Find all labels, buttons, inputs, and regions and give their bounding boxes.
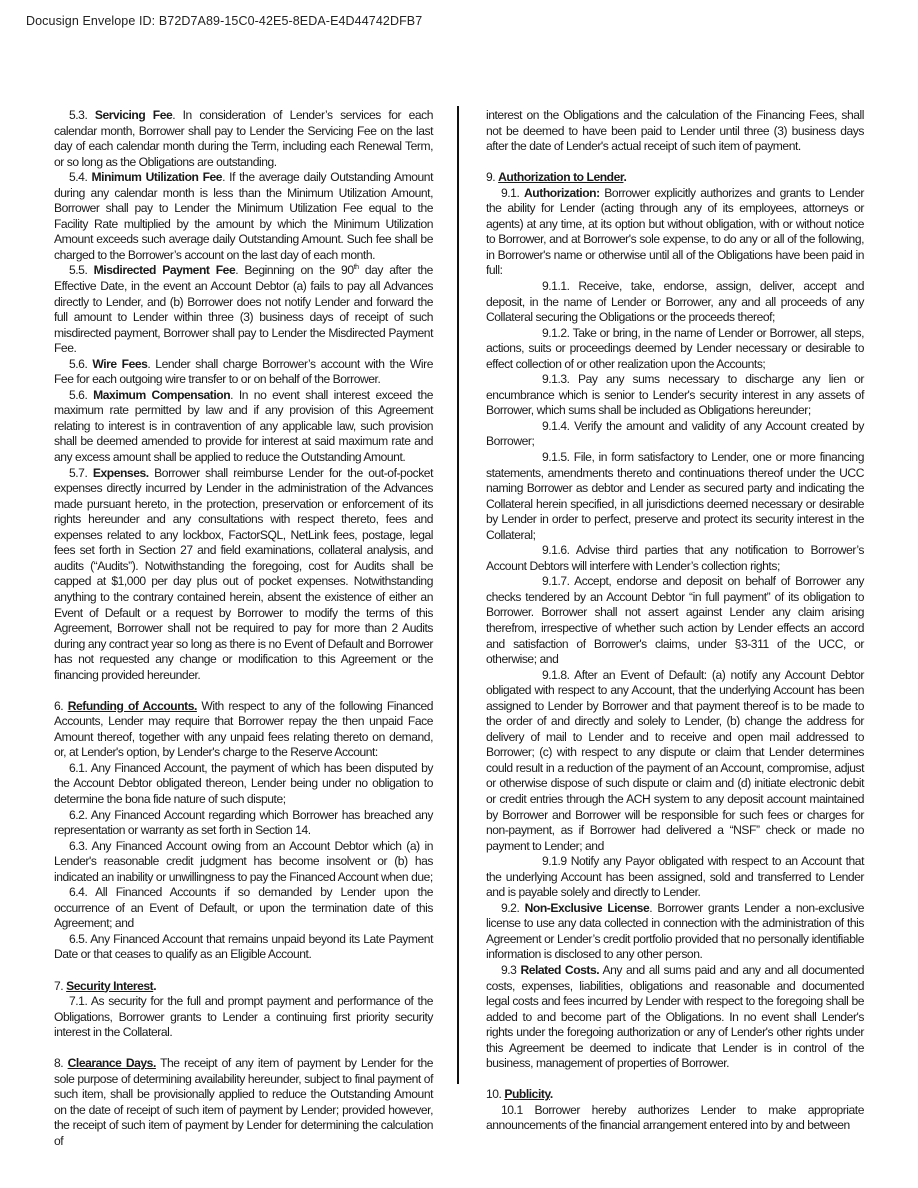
section-number: 5.6. xyxy=(69,388,93,402)
section-number: 8. xyxy=(54,1056,68,1070)
section-5-6-wire-fees: 5.6. Wire Fees. Lender shall charge Borr… xyxy=(54,357,433,388)
section-text: Borrower shall reimburse Lender for the … xyxy=(54,466,433,682)
section-title-period: . xyxy=(550,1087,553,1101)
section-number: 9.2. xyxy=(501,901,525,915)
section-number: 9.1. xyxy=(501,186,524,200)
section-9-2: 9.2. Non-Exclusive License. Borrower gra… xyxy=(486,901,864,963)
section-9-1-7: 9.1.7. Accept, endorse and deposit on be… xyxy=(486,574,864,667)
section-number: 7. xyxy=(54,979,66,993)
section-7-heading: 7. Security Interest. xyxy=(54,979,433,995)
section-6-2: 6.2. Any Financed Account regarding whic… xyxy=(54,808,433,839)
section-number: 5.6. xyxy=(69,357,92,371)
column-divider xyxy=(457,106,459,1084)
section-9-3: 9.3 Related Costs. Any and all sums paid… xyxy=(486,963,864,1072)
section-10-heading: 10. Publicity. xyxy=(486,1087,864,1103)
section-9-1-8: 9.1.8. After an Event of Default: (a) no… xyxy=(486,668,864,855)
section-text: Any and all sums paid and any and all do… xyxy=(486,963,864,1070)
section-6-4: 6.4. All Financed Accounts if so demande… xyxy=(54,885,433,932)
section-8: 8. Clearance Days. The receipt of any it… xyxy=(54,1056,433,1149)
section-title: Minimum Utilization Fee xyxy=(92,170,223,184)
section-number: 6. xyxy=(54,699,68,713)
section-8-continued: interest on the Obligations and the calc… xyxy=(486,108,864,155)
spacer xyxy=(486,1072,864,1088)
spacer xyxy=(54,1041,433,1057)
section-7-1: 7.1. As security for the full and prompt… xyxy=(54,994,433,1041)
section-number: 5.7. xyxy=(69,466,93,480)
section-9-1-4: 9.1.4. Verify the amount and validity of… xyxy=(486,419,864,450)
section-title: Authorization to Lender xyxy=(498,170,623,184)
section-9-1-2: 9.1.2. Take or bring, in the name of Len… xyxy=(486,326,864,373)
section-9-1: 9.1. Authorization: Borrower explicitly … xyxy=(486,186,864,279)
section-5-4: 5.4. Minimum Utilization Fee. If the ave… xyxy=(54,170,433,263)
section-title: Related Costs. xyxy=(520,963,599,977)
section-title: Servicing Fee xyxy=(95,108,172,122)
section-title: Clearance Days. xyxy=(68,1056,156,1070)
envelope-id: Docusign Envelope ID: B72D7A89-15C0-42E5… xyxy=(26,14,422,28)
section-number: 9.3 xyxy=(501,963,520,977)
section-number: 5.3. xyxy=(69,108,95,122)
section-title: Wire Fees xyxy=(92,357,147,371)
section-title: Authorization: xyxy=(524,186,600,200)
section-number: 9. xyxy=(486,170,498,184)
section-title: Security Interest xyxy=(66,979,153,993)
section-title-period: . xyxy=(153,979,156,993)
right-column: interest on the Obligations and the calc… xyxy=(486,108,864,1134)
section-9-1-3: 9.1.3. Pay any sums necessary to dischar… xyxy=(486,372,864,419)
section-10-1: 10.1 Borrower hereby authorizes Lender t… xyxy=(486,1103,864,1134)
section-5-5: 5.5. Misdirected Payment Fee. Beginning … xyxy=(54,263,433,356)
spacer xyxy=(54,683,433,699)
section-title: Expenses. xyxy=(93,466,149,480)
section-number: 5.5. xyxy=(69,263,94,277)
section-5-3: 5.3. Servicing Fee. In consideration of … xyxy=(54,108,433,170)
section-title: Non-Exclusive License xyxy=(525,901,650,915)
section-number: 5.4. xyxy=(69,170,92,184)
section-9-1-1: 9.1.1. Receive, take, endorse, assign, d… xyxy=(486,279,864,326)
section-5-6-max-compensation: 5.6. Maximum Compensation. In no event s… xyxy=(54,388,433,466)
section-9-1-5: 9.1.5. File, in form satisfactory to Len… xyxy=(486,450,864,543)
section-title: Misdirected Payment Fee xyxy=(94,263,236,277)
section-6-1: 6.1. Any Financed Account, the payment o… xyxy=(54,761,433,808)
section-title: Maximum Compensation xyxy=(93,388,230,402)
section-title: Refunding of Accounts. xyxy=(68,699,197,713)
section-title-period: . xyxy=(623,170,626,184)
section-6-heading: 6. Refunding of Accounts. With respect t… xyxy=(54,699,433,761)
section-9-heading: 9. Authorization to Lender. xyxy=(486,170,864,186)
spacer xyxy=(54,963,433,979)
spacer xyxy=(486,155,864,171)
section-text: . Beginning on the 90 xyxy=(235,263,353,277)
section-title: Publicity xyxy=(504,1087,549,1101)
section-9-1-9: 9.1.9 Notify any Payor obligated with re… xyxy=(486,854,864,901)
section-5-7: 5.7. Expenses. Borrower shall reimburse … xyxy=(54,466,433,684)
section-9-1-6: 9.1.6. Advise third parties that any not… xyxy=(486,543,864,574)
left-column: 5.3. Servicing Fee. In consideration of … xyxy=(54,108,433,1150)
section-6-5: 6.5. Any Financed Account that remains u… xyxy=(54,932,433,963)
section-6-3: 6.3. Any Financed Account owing from an … xyxy=(54,839,433,886)
section-number: 10. xyxy=(486,1087,504,1101)
